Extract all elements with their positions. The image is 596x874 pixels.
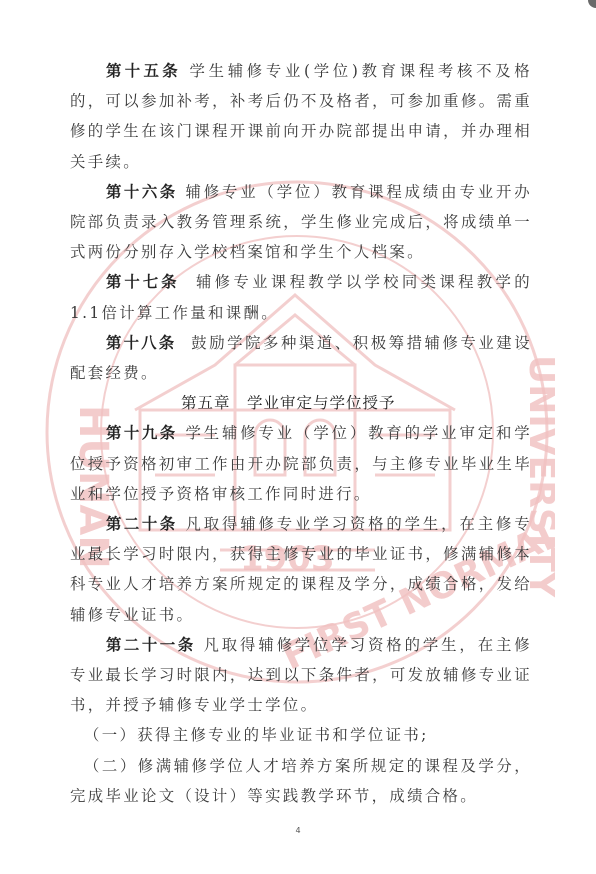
document-page: 第十五条 学生辅修专业(学位)教育课程考核不及格的，可以参加补考，补考后仍不及格… — [70, 56, 532, 811]
article-18: 第十八条 鼓励学院多种渠道、积极筹措辅修专业建设配套经费。 — [70, 328, 532, 388]
article-17: 第十七条 辅修专业课程教学以学校同类课程教学的1.1倍计算工作量和课酬。 — [70, 267, 532, 327]
sep — [176, 334, 191, 352]
article-label: 第十八条 — [106, 334, 176, 352]
article-label: 第十六条 — [106, 183, 178, 201]
article-15: 第十五条 学生辅修专业(学位)教育课程考核不及格的，可以参加补考，补考后仍不及格… — [70, 56, 532, 177]
article-label: 第二十条 — [106, 515, 178, 533]
condition-item-1: （一）获得主修专业的毕业证书和学位证书; — [70, 720, 532, 750]
article-label: 第十七条 — [106, 273, 180, 291]
page-number: 4 — [0, 826, 596, 835]
article-label: 第十九条 — [106, 424, 178, 442]
condition-item-2: （二）修满辅修学位人才培养方案所规定的课程及学分，完成毕业论文（设计）等实践教学… — [70, 751, 532, 811]
chapter-title: 第五章 学业审定与学位授予 — [70, 388, 532, 418]
article-label: 第十五条 — [106, 62, 181, 80]
sep — [180, 273, 196, 291]
article-21: 第二十一条 凡取得辅修学位学习资格的学生，在主修专业最长学习时限内，达到以下条件… — [70, 630, 532, 721]
article-label: 第二十一条 — [106, 636, 196, 654]
article-16: 第十六条 辅修专业（学位）教育课程成绩由专业开办院部负责录入教务管理系统，学生修… — [70, 177, 532, 268]
sep — [181, 62, 190, 80]
article-19: 第十九条 学生辅修专业（学位）教育的学业审定和学位授予资格初审工作由开办院部负责… — [70, 418, 532, 509]
corner-marker — [588, 0, 596, 8]
article-20: 第二十条 凡取得辅修专业学习资格的学生，在主修专业最长学习时限内，获得主修专业的… — [70, 509, 532, 630]
